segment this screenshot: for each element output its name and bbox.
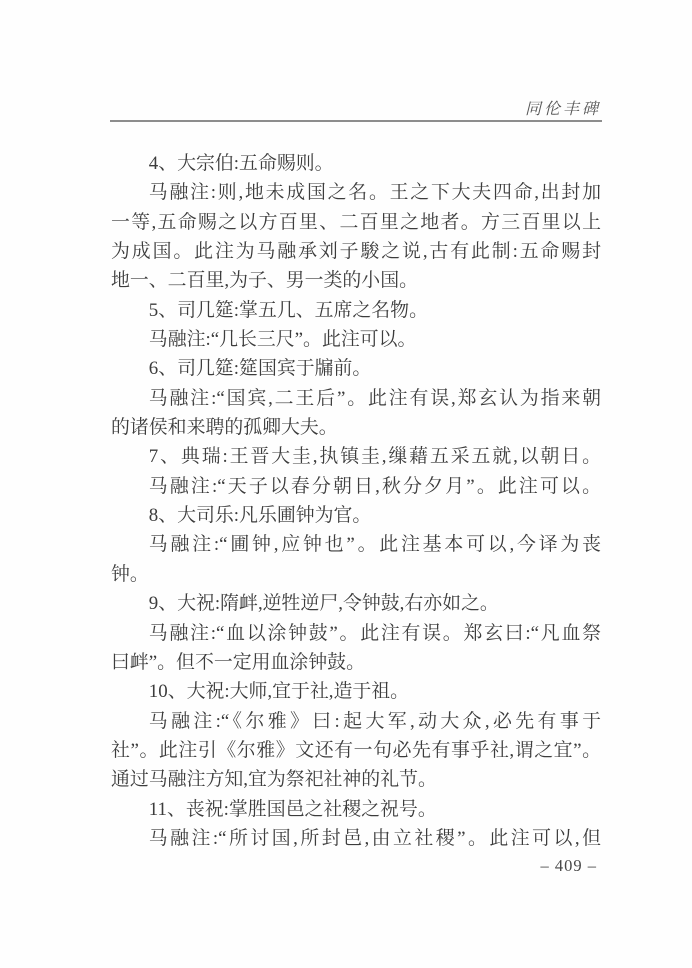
body-line: 5、司几筵:掌五几、五席之名物。 bbox=[111, 296, 601, 325]
body-line: 一等,五命赐之以方百里、二百里之地者。方三百里以上 bbox=[111, 208, 601, 237]
body-line: 马融注:“血以涂钟鼓”。此注有误。郑玄曰:“凡血祭 bbox=[111, 619, 601, 648]
body-line: 9、大祝:隋衅,逆牲逆尸,令钟鼓,右亦如之。 bbox=[111, 589, 601, 618]
body-line: 4、大宗伯:五命赐则。 bbox=[111, 149, 601, 178]
body-line: 社”。此注引《尔雅》文还有一句必先有事乎社,谓之宜”。 bbox=[111, 736, 601, 765]
body-line: 马融注:“圃钟,应钟也”。此注基本可以,今译为丧 bbox=[111, 530, 601, 559]
body-line: 马融注:“天子以春分朝日,秋分夕月”。此注可以。 bbox=[111, 472, 601, 501]
body-line: 的诸侯和来聘的孤卿大夫。 bbox=[111, 413, 601, 442]
body-line: 马融注:“《尔雅》曰:起大军,动大众,必先有事于 bbox=[111, 707, 601, 736]
body-text-block: 4、大宗伯:五命赐则。 马融注:则,地未成国之名。王之下大夫四命,出封加 一等,… bbox=[111, 149, 601, 853]
body-line: 为成国。此注为马融承刘子駿之说,古有此制:五命赐封 bbox=[111, 237, 601, 266]
body-line: 马融注:则,地未成国之名。王之下大夫四命,出封加 bbox=[111, 178, 601, 207]
body-line: 地一、二百里,为子、男一类的小国。 bbox=[111, 266, 601, 295]
page-number: – 409 – bbox=[541, 856, 598, 876]
body-line: 马融注:“几长三尺”。此注可以。 bbox=[111, 325, 601, 354]
body-line: 7、典瑞:王晋大圭,执镇圭,缫藉五采五就,以朝日。 bbox=[111, 442, 601, 471]
body-line: 通过马融注方知,宜为祭祀社神的礼节。 bbox=[111, 765, 601, 794]
body-line: 11、丧祝:掌胜国邑之社稷之祝号。 bbox=[111, 795, 601, 824]
body-line: 马融注:“所讨国,所封邑,由立社稷”。此注可以,但 bbox=[111, 824, 601, 853]
running-header-title: 同伦丰碑 bbox=[525, 96, 601, 119]
body-line: 8、大司乐:凡乐圃钟为官。 bbox=[111, 501, 601, 530]
book-page: 同伦丰碑 4、大宗伯:五命赐则。 马融注:则,地未成国之名。王之下大夫四命,出封… bbox=[0, 0, 692, 968]
body-line: 6、司几筵:筵国宾于牖前。 bbox=[111, 354, 601, 383]
body-line: 钟。 bbox=[111, 560, 601, 589]
header-rule bbox=[110, 120, 602, 122]
body-line: 10、大祝:大师,宜于社,造于祖。 bbox=[111, 677, 601, 706]
body-line: 马融注:“国宾,二王后”。此注有误,郑玄认为指来朝 bbox=[111, 384, 601, 413]
body-line: 曰衅”。但不一定用血涂钟鼓。 bbox=[111, 648, 601, 677]
